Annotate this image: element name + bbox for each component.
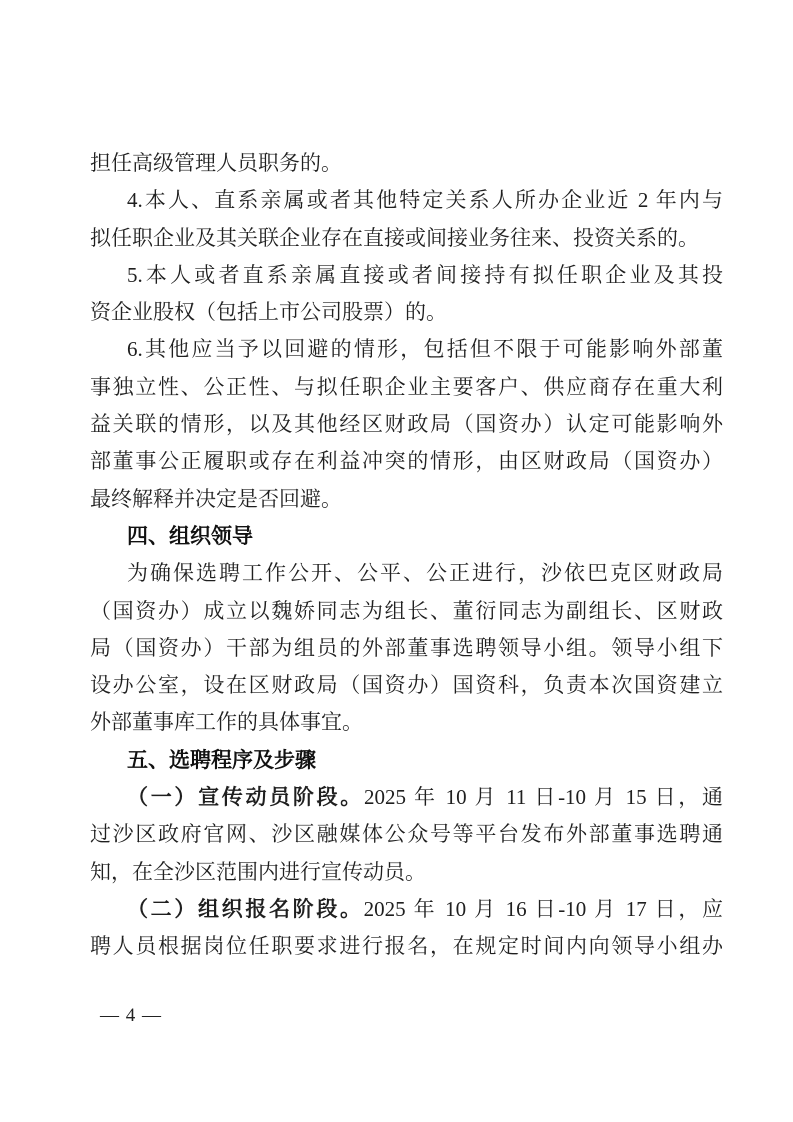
body-text: 事独立性、公正性、与拟任职企业主要客户、供应商存在重大利 bbox=[90, 375, 723, 399]
text-line: 5.本人或者直系亲属直接或者间接持有拟任职企业及其投 bbox=[90, 257, 723, 294]
section-heading: 五、选聘程序及步骤 bbox=[90, 742, 723, 779]
text-line: 拟任职企业及其关联企业存在直接或间接业务往来、投资关系的。 bbox=[90, 220, 723, 257]
text-line: 最终解释并决定是否回避。 bbox=[90, 481, 723, 518]
text-line: 外部董事库工作的具体事宜。 bbox=[90, 704, 723, 741]
text-line: （国资办）成立以魏娇同志为组长、董衍同志为副组长、区财政 bbox=[90, 593, 723, 630]
text-line: 知，在全沙区范围内进行宣传动员。 bbox=[90, 854, 723, 891]
page-footer: — 4 — bbox=[100, 997, 162, 1034]
body-text: 局（国资办）干部为组员的外部董事选聘领导小组。领导小组下 bbox=[90, 636, 723, 660]
text-line: 过沙区政府官网、沙区融媒体公众号等平台发布外部董事选聘通 bbox=[90, 816, 723, 853]
text-line: 事独立性、公正性、与拟任职企业主要客户、供应商存在重大利 bbox=[90, 369, 723, 406]
text-line: 担任高级管理人员职务的。 bbox=[90, 145, 723, 182]
text-line: 部董事公正履职或存在利益冲突的情形，由区财政局（国资办） bbox=[90, 443, 723, 480]
text-line: 聘人员根据岗位任职要求进行报名，在规定时间内向领导小组办 bbox=[90, 928, 723, 965]
body-text: 6.其他应当予以回避的情形，包括但不限于可能影响外部董 bbox=[127, 337, 723, 361]
stage-emphasis-text: （二）组织报名阶段。 bbox=[127, 897, 364, 921]
body-text: 5.本人或者直系亲属直接或者间接持有拟任职企业及其投 bbox=[127, 263, 723, 287]
body-text: 聘人员根据岗位任职要求进行报名，在规定时间内向领导小组办 bbox=[90, 934, 723, 958]
page-number: — 4 — bbox=[100, 1005, 162, 1026]
section-heading: 四、组织领导 bbox=[90, 518, 723, 555]
text-line: 资企业股权（包括上市公司股票）的。 bbox=[90, 294, 723, 331]
text-line: 益关联的情形，以及其他经区财政局（国资办）认定可能影响外 bbox=[90, 406, 723, 443]
body-text: 2025 年 10 月 11 日-10 月 15 日，通 bbox=[364, 785, 723, 809]
body-text: 知，在全沙区范围内进行宣传动员。 bbox=[90, 860, 426, 884]
text-line: （二）组织报名阶段。2025 年 10 月 16 日-10 月 17 日，应 bbox=[90, 891, 723, 928]
body-text: 最终解释并决定是否回避。 bbox=[90, 487, 342, 511]
document-body: 担任高级管理人员职务的。4.本人、直系亲属或者其他特定关系人所办企业近 2 年内… bbox=[90, 145, 723, 966]
document-page: 担任高级管理人员职务的。4.本人、直系亲属或者其他特定关系人所办企业近 2 年内… bbox=[0, 0, 793, 1122]
body-text: 资企业股权（包括上市公司股票）的。 bbox=[90, 300, 447, 324]
body-text: 2025 年 10 月 16 日-10 月 17 日，应 bbox=[364, 897, 723, 921]
text-line: 为确保选聘工作公开、公平、公正进行，沙依巴克区财政局 bbox=[90, 555, 723, 592]
body-text: 拟任职企业及其关联企业存在直接或间接业务往来、投资关系的。 bbox=[90, 226, 699, 250]
text-line: 4.本人、直系亲属或者其他特定关系人所办企业近 2 年内与 bbox=[90, 182, 723, 219]
text-line: 设办公室，设在区财政局（国资办）国资科，负责本次国资建立 bbox=[90, 667, 723, 704]
body-text: 过沙区政府官网、沙区融媒体公众号等平台发布外部董事选聘通 bbox=[90, 822, 723, 846]
body-text: 设办公室，设在区财政局（国资办）国资科，负责本次国资建立 bbox=[90, 673, 723, 697]
text-line: 局（国资办）干部为组员的外部董事选聘领导小组。领导小组下 bbox=[90, 630, 723, 667]
body-text: 担任高级管理人员职务的。 bbox=[90, 151, 342, 175]
body-text: （国资办）成立以魏娇同志为组长、董衍同志为副组长、区财政 bbox=[90, 599, 723, 623]
stage-emphasis-text: （一）宣传动员阶段。 bbox=[127, 785, 364, 809]
body-text: 为确保选聘工作公开、公平、公正进行，沙依巴克区财政局 bbox=[127, 561, 723, 585]
body-text: 4.本人、直系亲属或者其他特定关系人所办企业近 2 年内与 bbox=[127, 188, 723, 212]
text-line: （一）宣传动员阶段。2025 年 10 月 11 日-10 月 15 日，通 bbox=[90, 779, 723, 816]
body-text: 部董事公正履职或存在利益冲突的情形，由区财政局（国资办） bbox=[90, 449, 723, 473]
body-text: 外部董事库工作的具体事宜。 bbox=[90, 710, 363, 734]
body-text: 益关联的情形，以及其他经区财政局（国资办）认定可能影响外 bbox=[90, 412, 723, 436]
text-line: 6.其他应当予以回避的情形，包括但不限于可能影响外部董 bbox=[90, 331, 723, 368]
